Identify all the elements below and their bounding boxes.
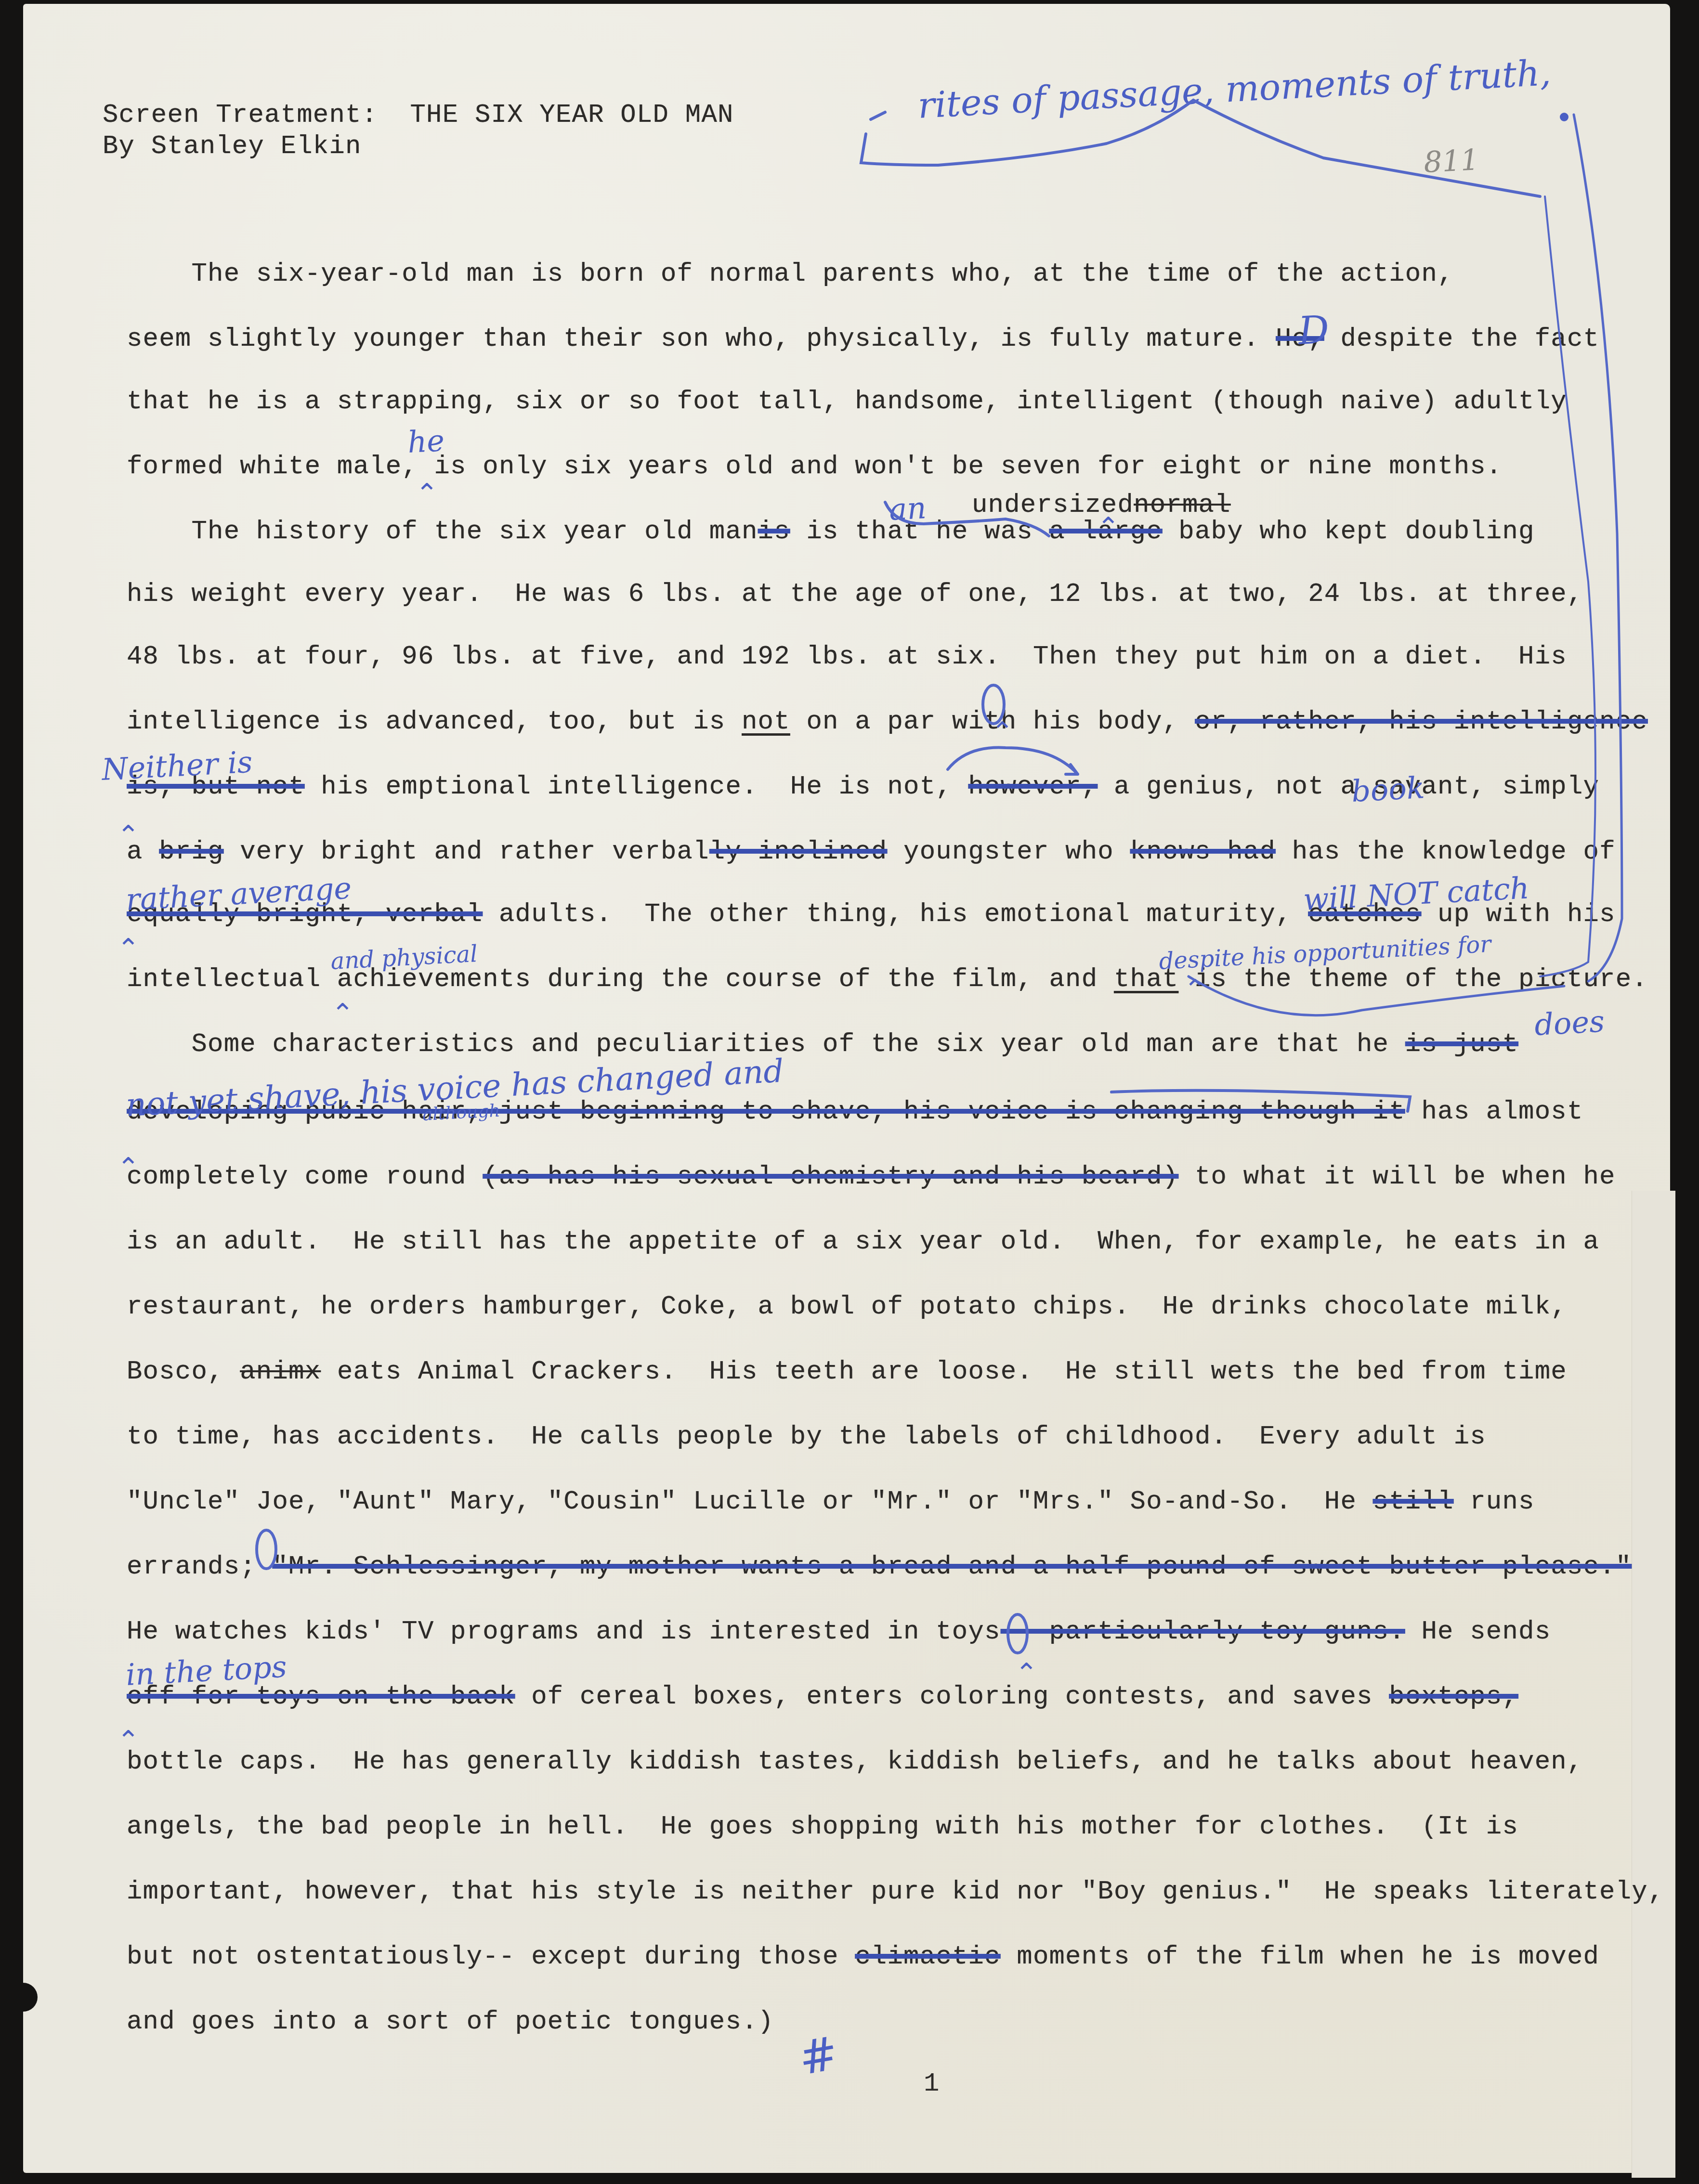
text-segment: He watches kids' TV programs and is inte…: [127, 1617, 1001, 1647]
text-segment: intelligence is advanced, too, but is: [127, 707, 742, 737]
text-segment: but not ostentatiously-- except during t…: [127, 1942, 855, 1972]
annotation-capital-d: D: [1297, 311, 1330, 351]
annotation-neither-is: Neither is: [101, 747, 253, 785]
struck-text: is just: [1405, 1030, 1518, 1059]
text-segment: to what it will be when he: [1178, 1162, 1615, 1192]
annotation-although: although: [422, 1103, 500, 1124]
annotation-pencil-number: 811: [1423, 145, 1480, 177]
caret-icon: ⌃: [117, 936, 140, 962]
caret-icon: ⌃: [117, 1728, 140, 1755]
text-line: "Uncle" Joe, "Aunt" Mary, "Cousin" Lucil…: [127, 1489, 1535, 1515]
text-segment: has almost: [1405, 1097, 1583, 1127]
document-title: Screen Treatment: THE SIX YEAR OLD MAN: [103, 103, 734, 129]
caret-icon: ⌃: [416, 481, 438, 507]
text-line: Some characteristics and peculiarities o…: [127, 1032, 1518, 1058]
caret-icon: ⌃: [1015, 1660, 1038, 1687]
text-segment: despite the fact: [1324, 325, 1599, 354]
text-line: The six-year-old man is born of normal p…: [127, 261, 1454, 287]
text-segment: He sends: [1405, 1617, 1551, 1647]
text-segment: baby who kept doubling: [1163, 517, 1535, 546]
text-line: important, however, that his style is ne…: [127, 1879, 1664, 1905]
annotation-and-physical: and physical: [330, 942, 478, 973]
text-segment: a genius, not a savant, simply: [1098, 772, 1599, 802]
text-segment: his weight every year. He was 6 lbs. at …: [127, 580, 1583, 609]
annotation-paragraph-mark: #: [795, 2029, 841, 2082]
text-line: formed white male, is only six years old…: [127, 454, 1502, 480]
struck-text: is: [758, 517, 790, 546]
text-segment: The six-year-old man is born of normal p…: [127, 260, 1454, 289]
caret-icon: ⌃: [117, 822, 140, 849]
text-line: Bosco, animx eats Animal Crackers. His t…: [127, 1359, 1567, 1385]
text-segment: "Uncle" Joe, "Aunt" Mary, "Cousin" Lucil…: [127, 1487, 1373, 1517]
caret-icon: ⌃: [1097, 514, 1120, 541]
text-segment: moments of the film when he is moved: [1001, 1942, 1599, 1972]
underlined-text: not: [742, 707, 790, 737]
text-segment: his emptional intelligence. He is not,: [305, 772, 968, 802]
struck-text: ly inclined: [709, 837, 888, 867]
text-segment: youngster who: [887, 837, 1130, 867]
text-line: and goes into a sort of poetic tongues.): [127, 2009, 774, 2035]
text-line: bottle caps. He has generally kiddish ta…: [127, 1749, 1583, 1775]
typescript-page: Screen Treatment: THE SIX YEAR OLD MAN B…: [23, 4, 1670, 2173]
page-notch: [23, 1983, 38, 2012]
text-segment: runs: [1454, 1487, 1535, 1517]
text-line: seem slightly younger than their son who…: [127, 326, 1599, 352]
text-segment: 48 lbs. at four, 96 lbs. at five, and 19…: [127, 642, 1567, 672]
text-segment: seem slightly younger than their son who…: [127, 325, 1276, 354]
struck-text: or, rather, his intelligence: [1195, 707, 1648, 737]
page-number: 1: [924, 2069, 939, 2099]
annotation-rites-of-passage: rites of passage, moments of truth,: [917, 55, 1552, 124]
caret-icon: ⌃: [1184, 976, 1206, 1003]
text-line: restaurant, he orders hamburger, Coke, a…: [127, 1294, 1567, 1320]
text-segment: eats Animal Crackers. His teeth are loos…: [321, 1357, 1567, 1387]
page-torn-edge: [1632, 1191, 1675, 2178]
struck-text: brig: [159, 837, 223, 867]
text-line: The history of the six year old manis is…: [127, 519, 1535, 545]
text-segment: adults. The other thing, his emotional m…: [483, 900, 1308, 929]
struck-text: climactic: [855, 1942, 1000, 1972]
document-author: By Stanley Elkin: [103, 134, 362, 160]
text-line: completely come round (as has his sexual…: [127, 1164, 1616, 1190]
text-segment: to time, has accidents. He calls people …: [127, 1422, 1486, 1452]
text-line: is an adult. He still has the appetite o…: [127, 1229, 1599, 1255]
text-segment: is an adult. He still has the appetite o…: [127, 1227, 1599, 1257]
text-segment: important, however, that his style is ne…: [127, 1877, 1664, 1907]
text-segment: very bright and rather verbal: [224, 837, 709, 867]
struck-text: boxtops,: [1389, 1682, 1518, 1712]
text-line: off for toys on the back of cereal boxes…: [127, 1684, 1518, 1710]
text-line: that he is a strapping, six or so foot t…: [127, 389, 1567, 415]
text-segment: animx: [240, 1357, 321, 1387]
text-line: 48 lbs. at four, 96 lbs. at five, and 19…: [127, 644, 1567, 670]
text-segment: that he is a strapping, six or so foot t…: [127, 387, 1567, 416]
text-segment: errands;: [127, 1552, 272, 1582]
annotation-he: he: [407, 426, 445, 457]
text-line: errands; "Mr. Schlessinger, my mother wa…: [127, 1554, 1632, 1580]
struck-text: -- particularly toy guns.: [1001, 1617, 1405, 1647]
text-line: intelligence is advanced, too, but is no…: [127, 709, 1648, 735]
struck-text: (as has his sexual chemistry and his bea…: [483, 1162, 1178, 1192]
text-line: but not ostentatiously-- except during t…: [127, 1944, 1599, 1970]
text-segment: intellectual achievements during the cou…: [127, 965, 1114, 994]
annotation-an: an: [889, 493, 927, 525]
annotation-book: book: [1351, 773, 1425, 806]
struck-text: knows had: [1130, 837, 1276, 867]
text-segment: Bosco,: [127, 1357, 240, 1387]
text-segment: of cereal boxes, enters coloring contest…: [515, 1682, 1389, 1712]
struck-text: "Mr. Schlessinger, my mother wants a bre…: [272, 1552, 1632, 1582]
caret-icon: ⌃: [331, 1001, 354, 1027]
text-segment: has the knowledge of: [1276, 837, 1616, 867]
text-segment: angels, the bad people in hell. He goes …: [127, 1812, 1518, 1842]
text-segment: and goes into a sort of poetic tongues.): [127, 2007, 774, 2037]
text-segment: bottle caps. He has generally kiddish ta…: [127, 1747, 1583, 1777]
text-segment: restaurant, he orders hamburger, Coke, a…: [127, 1292, 1567, 1322]
struck-text: however,: [968, 772, 1098, 802]
caret-icon: ⌃: [991, 719, 1014, 746]
text-segment: The history of the six year old man: [127, 517, 758, 546]
text-line: angels, the bad people in hell. He goes …: [127, 1814, 1518, 1840]
annotation-in-the-tops: in the tops: [125, 1652, 288, 1690]
text-line: a brig very bright and rather verbally i…: [127, 839, 1616, 865]
text-line: his weight every year. He was 6 lbs. at …: [127, 582, 1583, 608]
text-line: He watches kids' TV programs and is inte…: [127, 1619, 1551, 1645]
text-segment: completely come round: [127, 1162, 483, 1192]
text-line: to time, has accidents. He calls people …: [127, 1424, 1486, 1450]
struck-text: still: [1373, 1487, 1454, 1517]
text-segment: formed white male, is only six years old…: [127, 452, 1502, 481]
caret-icon: ⌃: [117, 1155, 140, 1182]
annotation-does: does: [1534, 1006, 1606, 1040]
